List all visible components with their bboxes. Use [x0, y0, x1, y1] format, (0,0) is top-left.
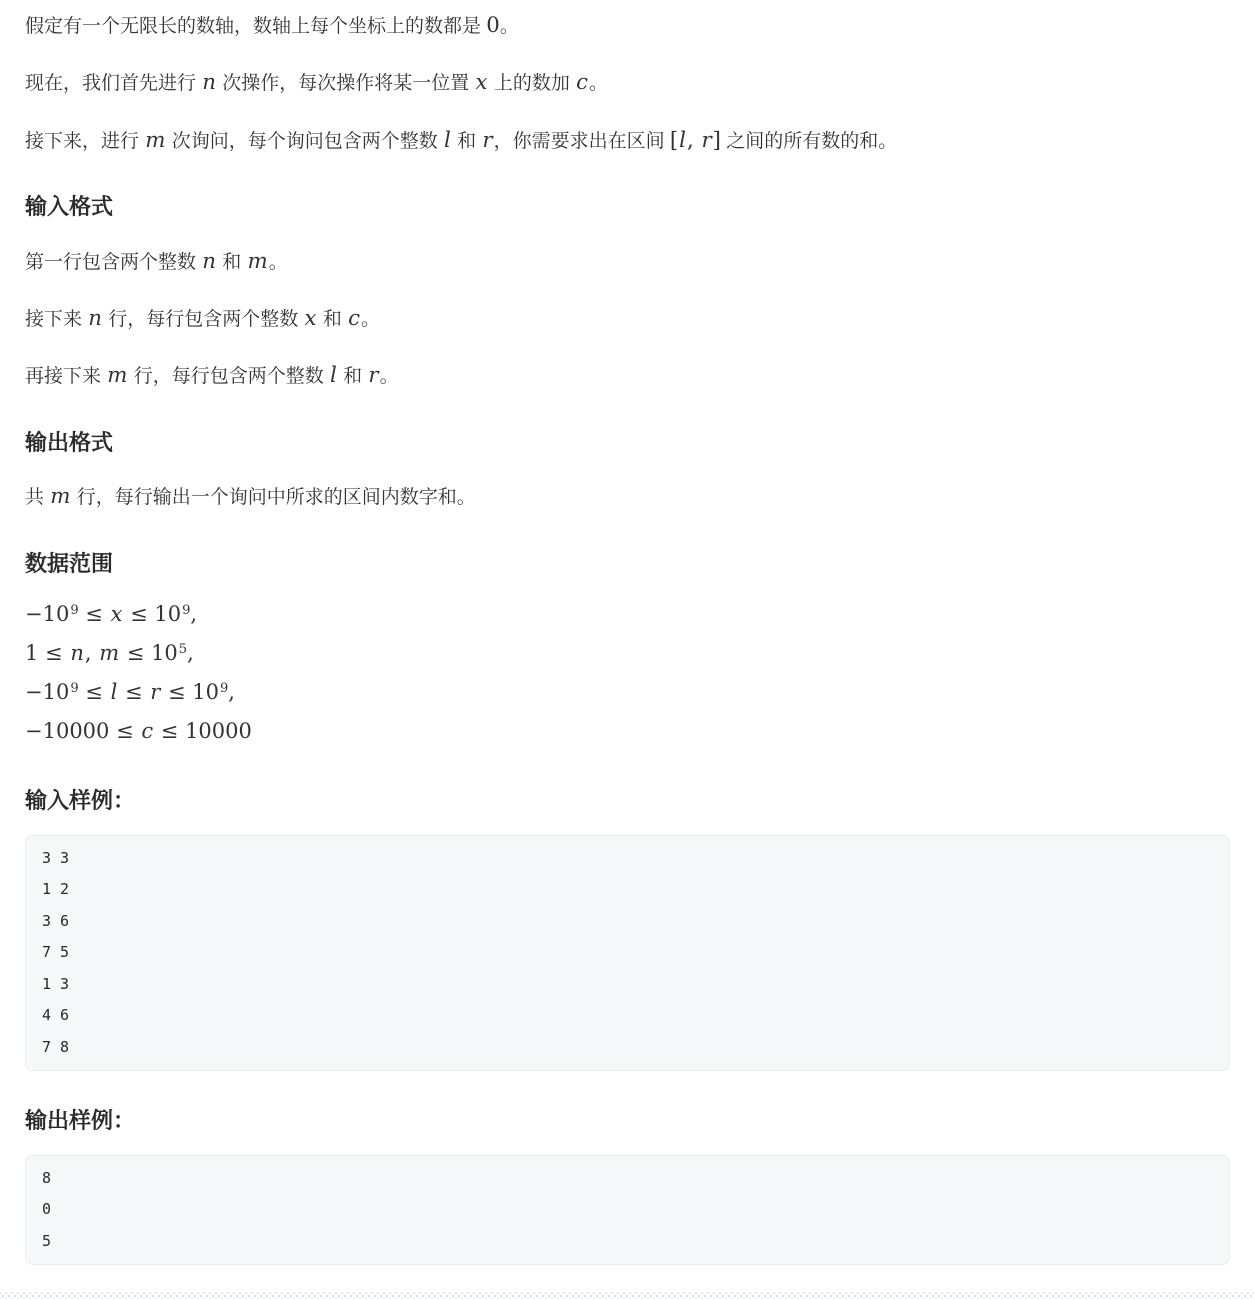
- inline-math: x: [304, 306, 318, 331]
- sample-output-code: 8 0 5: [42, 1169, 51, 1250]
- inline-math: n: [87, 306, 103, 331]
- data-range-line: −10000 ≤ c ≤ 10000: [25, 712, 1230, 751]
- section-heading-sample-output: 输出样例：: [25, 1107, 1230, 1135]
- section-heading-sample-input: 输入样例：: [25, 787, 1230, 815]
- data-range-line: 1 ≤ n, m ≤ 105,: [25, 634, 1230, 673]
- problem-description-paragraph: 现在，我们首先进行 n 次操作，每次操作将某一位置 x 上的数加 c。: [25, 69, 1230, 99]
- section-heading-input-format: 输入格式: [25, 193, 1230, 221]
- data-range-line: −109 ≤ x ≤ 109,: [25, 595, 1230, 634]
- inline-math: l: [329, 363, 338, 388]
- inline-math: x: [475, 70, 489, 95]
- input-format-paragraph: 第一行包含两个整数 n 和 m。: [25, 248, 1230, 278]
- inline-math: m: [49, 484, 71, 509]
- problem-description-paragraph: 接下来，进行 m 次询问，每个询问包含两个整数 l 和 r，你需要求出在区间 […: [25, 127, 1230, 157]
- inline-math: 0: [486, 13, 500, 38]
- data-range-block: −109 ≤ x ≤ 109, 1 ≤ n, m ≤ 105, −109 ≤ l…: [25, 595, 1230, 751]
- inline-math: m: [247, 249, 269, 274]
- sample-output-code-block: 8 0 5: [25, 1155, 1230, 1266]
- input-format-paragraph: 再接下来 m 行，每行包含两个整数 l 和 r。: [25, 362, 1230, 392]
- sample-input-code-block: 3 3 1 2 3 6 7 5 1 3 4 6 7 8: [25, 835, 1230, 1072]
- inline-math: m: [106, 363, 128, 388]
- inline-math: m: [144, 128, 166, 153]
- sample-input-code: 3 3 1 2 3 6 7 5 1 3 4 6 7 8: [42, 849, 69, 1056]
- input-format-paragraph: 接下来 n 行，每行包含两个整数 x 和 c。: [25, 305, 1230, 335]
- problem-description-paragraph: 假定有一个无限长的数轴，数轴上每个坐标上的数都是 0。: [25, 12, 1230, 42]
- data-range-line: −109 ≤ l ≤ r ≤ 109,: [25, 673, 1230, 712]
- section-heading-output-format: 输出格式: [25, 429, 1230, 457]
- inline-math: n: [201, 249, 217, 274]
- inline-math: r: [367, 363, 379, 388]
- inline-math: n: [201, 70, 217, 95]
- output-format-paragraph: 共 m 行，每行输出一个询问中所求的区间内数字和。: [25, 483, 1230, 513]
- inline-math: c: [347, 306, 361, 331]
- problem-statement: 假定有一个无限长的数轴，数轴上每个坐标上的数都是 0。 现在，我们首先进行 n …: [0, 12, 1254, 1265]
- inline-math: l: [443, 128, 452, 153]
- inline-math: r: [481, 128, 493, 153]
- bottom-pattern-strip: [0, 1292, 1254, 1299]
- inline-math: c: [575, 70, 589, 95]
- inline-math: [l, r]: [670, 128, 721, 153]
- section-heading-data-range: 数据范围: [25, 550, 1230, 578]
